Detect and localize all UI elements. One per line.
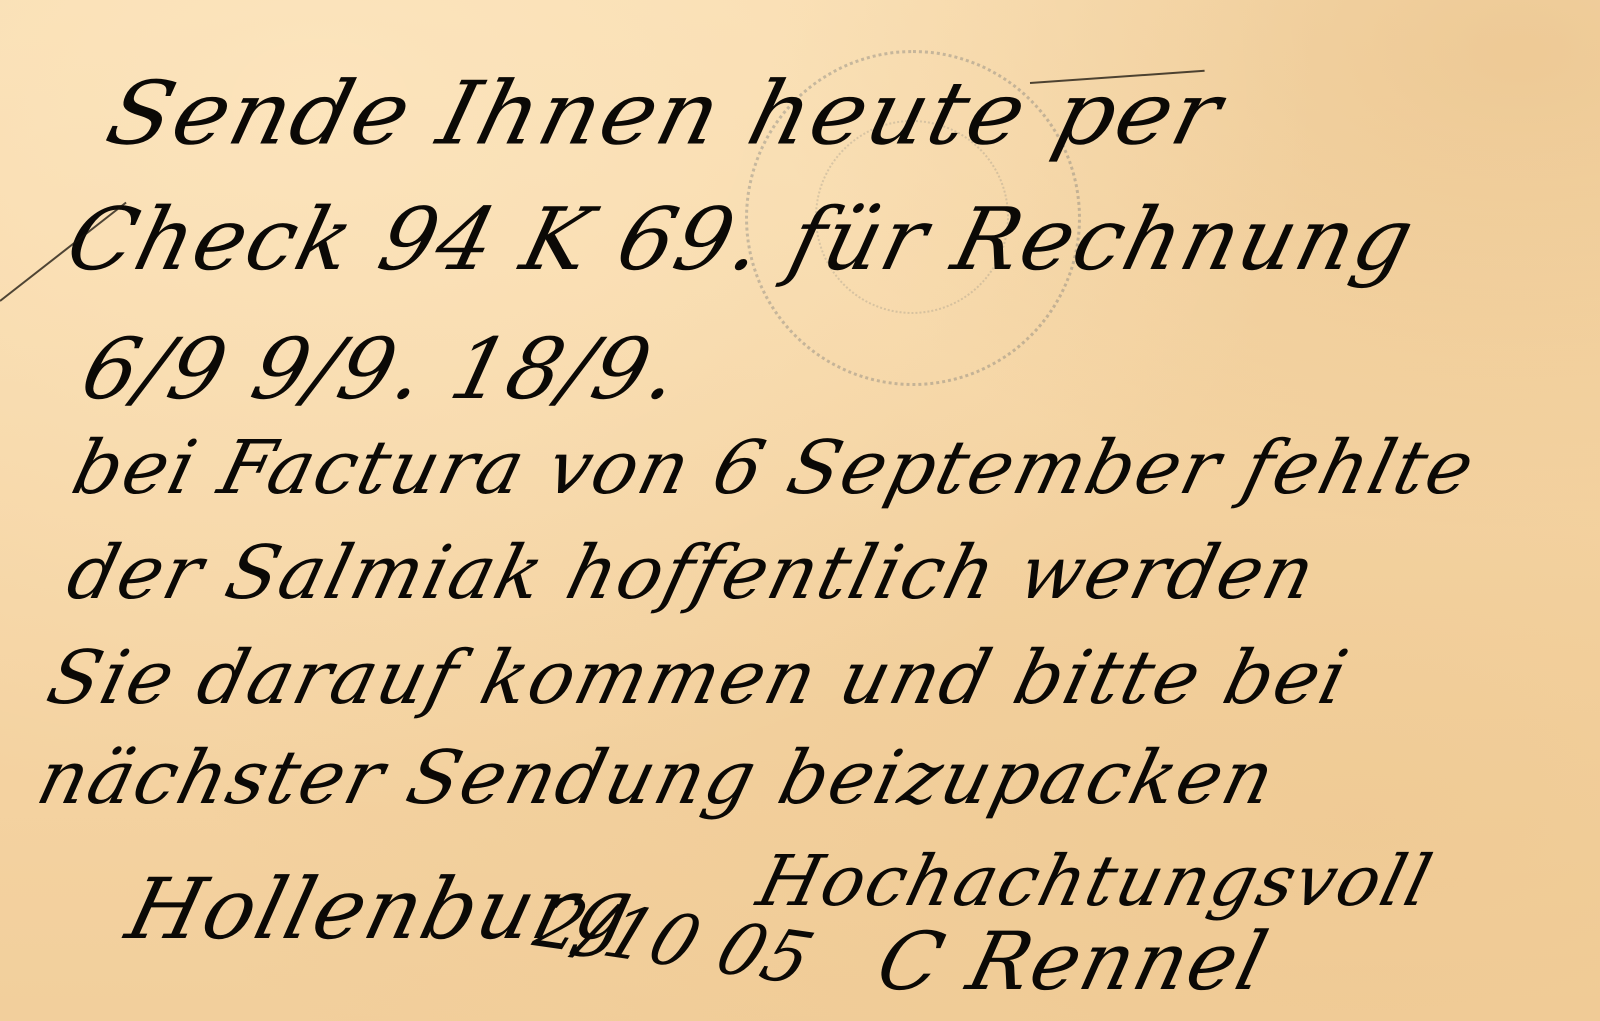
- text-line-3: 6/9 9/9. 18/9.: [73, 320, 691, 418]
- signature: C Rennel: [868, 915, 1277, 1008]
- text-line-5: der Salmiak hoffentlich werden: [59, 530, 1325, 616]
- text-line-7: nächster Sendung beizupacken: [29, 735, 1284, 821]
- postcard: Sende Ihnen heute per Check 94 K 69. für…: [0, 0, 1600, 1021]
- text-line-1: Sende Ihnen heute per: [97, 63, 1232, 165]
- text-line-4: bei Factura von 6 September fehlte: [64, 425, 1484, 511]
- text-line-6: Sie darauf kommen und bitte bei: [39, 635, 1357, 721]
- text-line-2: Check 94 K 69. für Rechnung: [58, 190, 1425, 290]
- closing-salutation: Hochachtungsvoll: [750, 840, 1441, 922]
